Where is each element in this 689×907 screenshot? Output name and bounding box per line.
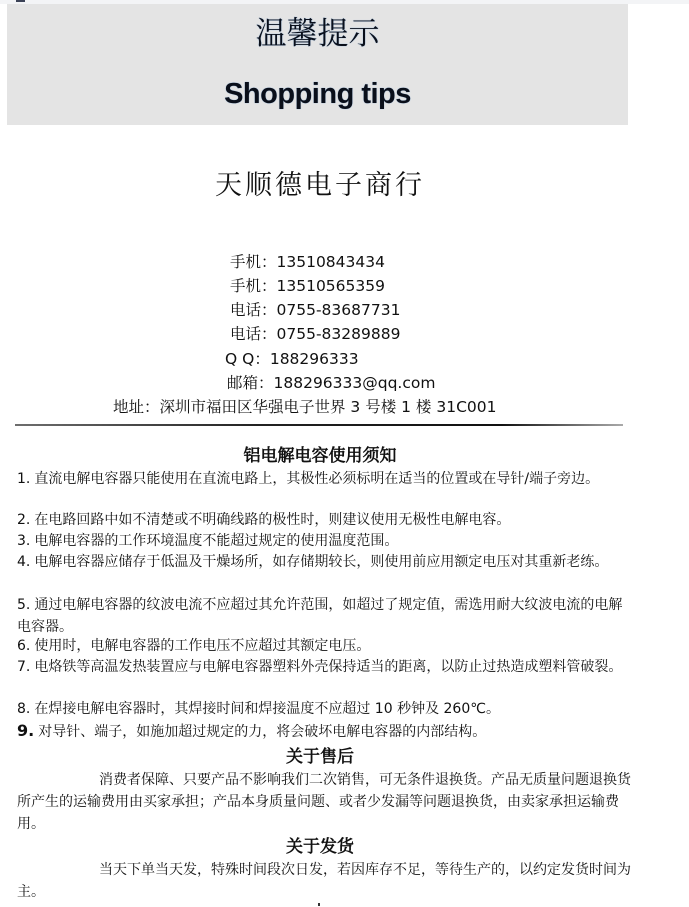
item-number: 9. xyxy=(17,721,34,740)
divider xyxy=(15,424,623,426)
shipping-text: 当天下单当天发，特殊时间段次日发，若因库存不足，等待生产的，以约定发货时间为主。 xyxy=(17,859,633,903)
notice-item: 9.对导针、端子，如施加超过规定的力，将会破坏电解电容器的内部结构。 xyxy=(17,720,633,743)
after-sales-title: 关于售后 xyxy=(0,746,640,768)
item-text: 在电路回路中如不清楚或不明确线路的极性时，则建议使用无极性电解电容。 xyxy=(34,512,510,528)
shipping-title: 关于发货 xyxy=(0,836,640,858)
item-text: 通过电解电容器的纹波电流不应超过其允许范围，如超过了规定值，需选用耐大纹波电流的… xyxy=(17,597,622,635)
item-text: 电烙铁等高温发热装置应与电解电容器塑料外壳保持适当的距离，以防止过热造成塑料管破… xyxy=(34,659,622,675)
banner-title-cn: 温馨提示 xyxy=(7,12,628,56)
top-mark xyxy=(16,0,25,2)
item-text: 直流电解电容器只能使用在直流电路上，其极性必须标明在适当的位置或在导针/端子旁边… xyxy=(34,471,599,487)
contact-phone-1: 电话：0755-83687731 xyxy=(230,300,400,320)
item-number: 4. xyxy=(17,554,30,570)
notice-item: 3.电解电容器的工作环境温度不能超过规定的使用温度范围。 xyxy=(17,530,633,552)
item-number: 5. xyxy=(17,597,30,613)
contact-qq: Q Q：188296333 xyxy=(225,349,359,369)
notice-item: 6.使用时，电解电容器的工作电压不应超过其额定电压。 xyxy=(17,635,633,657)
after-sales-text: 消费者保障、只要产品不影响我们二次销售，可无条件退换货。产品无质量问题退换货所产… xyxy=(17,769,633,835)
item-number: 3. xyxy=(17,533,30,549)
notice-item: 4.电解电容器应储存于低温及干燥场所，如存储期较长，则使用前应用额定电压对其重新… xyxy=(17,551,633,573)
notice-item: 1.直流电解电容器只能使用在直流电路上，其极性必须标明在适当的位置或在导针/端子… xyxy=(17,468,633,490)
notice-item: 7.电烙铁等高温发热装置应与电解电容器塑料外壳保持适当的距离，以防止过热造成塑料… xyxy=(17,656,633,678)
item-number: 7. xyxy=(17,659,30,675)
item-text: 电解电容器应储存于低温及干燥场所，如存储期较长，则使用前应用额定电压对其重新老练… xyxy=(34,554,608,570)
item-text: 电解电容器的工作环境温度不能超过规定的使用温度范围。 xyxy=(34,533,398,549)
contact-email: 邮箱：188296333@qq.com xyxy=(227,373,435,393)
item-number: 2. xyxy=(17,512,30,528)
item-number: 8. xyxy=(17,701,30,717)
notice-item: 2.在电路回路中如不清楚或不明确线路的极性时，则建议使用无极性电解电容。 xyxy=(17,509,633,531)
banner-title-en: Shopping tips xyxy=(7,74,628,114)
contact-phone-2: 电话：0755-83289889 xyxy=(230,324,400,344)
notice-item: 8.在焊接电解电容器时，其焊接时间和焊接温度不应超过 10 秒钟及 260℃。 xyxy=(17,698,633,720)
contact-mobile-2: 手机：13510565359 xyxy=(230,276,385,296)
banner: 温馨提示 Shopping tips xyxy=(7,4,628,125)
notice-title: 铝电解电容使用须知 xyxy=(0,445,640,467)
notice-item: 5.通过电解电容器的纹波电流不应超过其允许范围，如超过了规定值，需选用耐大纹波电… xyxy=(17,594,633,638)
contact-mobile-1: 手机：13510843434 xyxy=(230,252,385,272)
cursor-mark xyxy=(318,903,320,906)
item-number: 6. xyxy=(17,638,30,654)
item-number: 1. xyxy=(17,471,30,487)
item-text: 对导针、端子，如施加超过规定的力，将会破坏电解电容器的内部结构。 xyxy=(38,724,486,740)
item-text: 使用时，电解电容器的工作电压不应超过其额定电压。 xyxy=(34,638,370,654)
contact-address: 地址：深圳市福田区华强电子世界 3 号楼 1 楼 31C001 xyxy=(113,397,497,417)
shop-name: 天顺德电子商行 xyxy=(0,168,640,204)
item-text: 在焊接电解电容器时，其焊接时间和焊接温度不应超过 10 秒钟及 260℃。 xyxy=(34,701,500,717)
